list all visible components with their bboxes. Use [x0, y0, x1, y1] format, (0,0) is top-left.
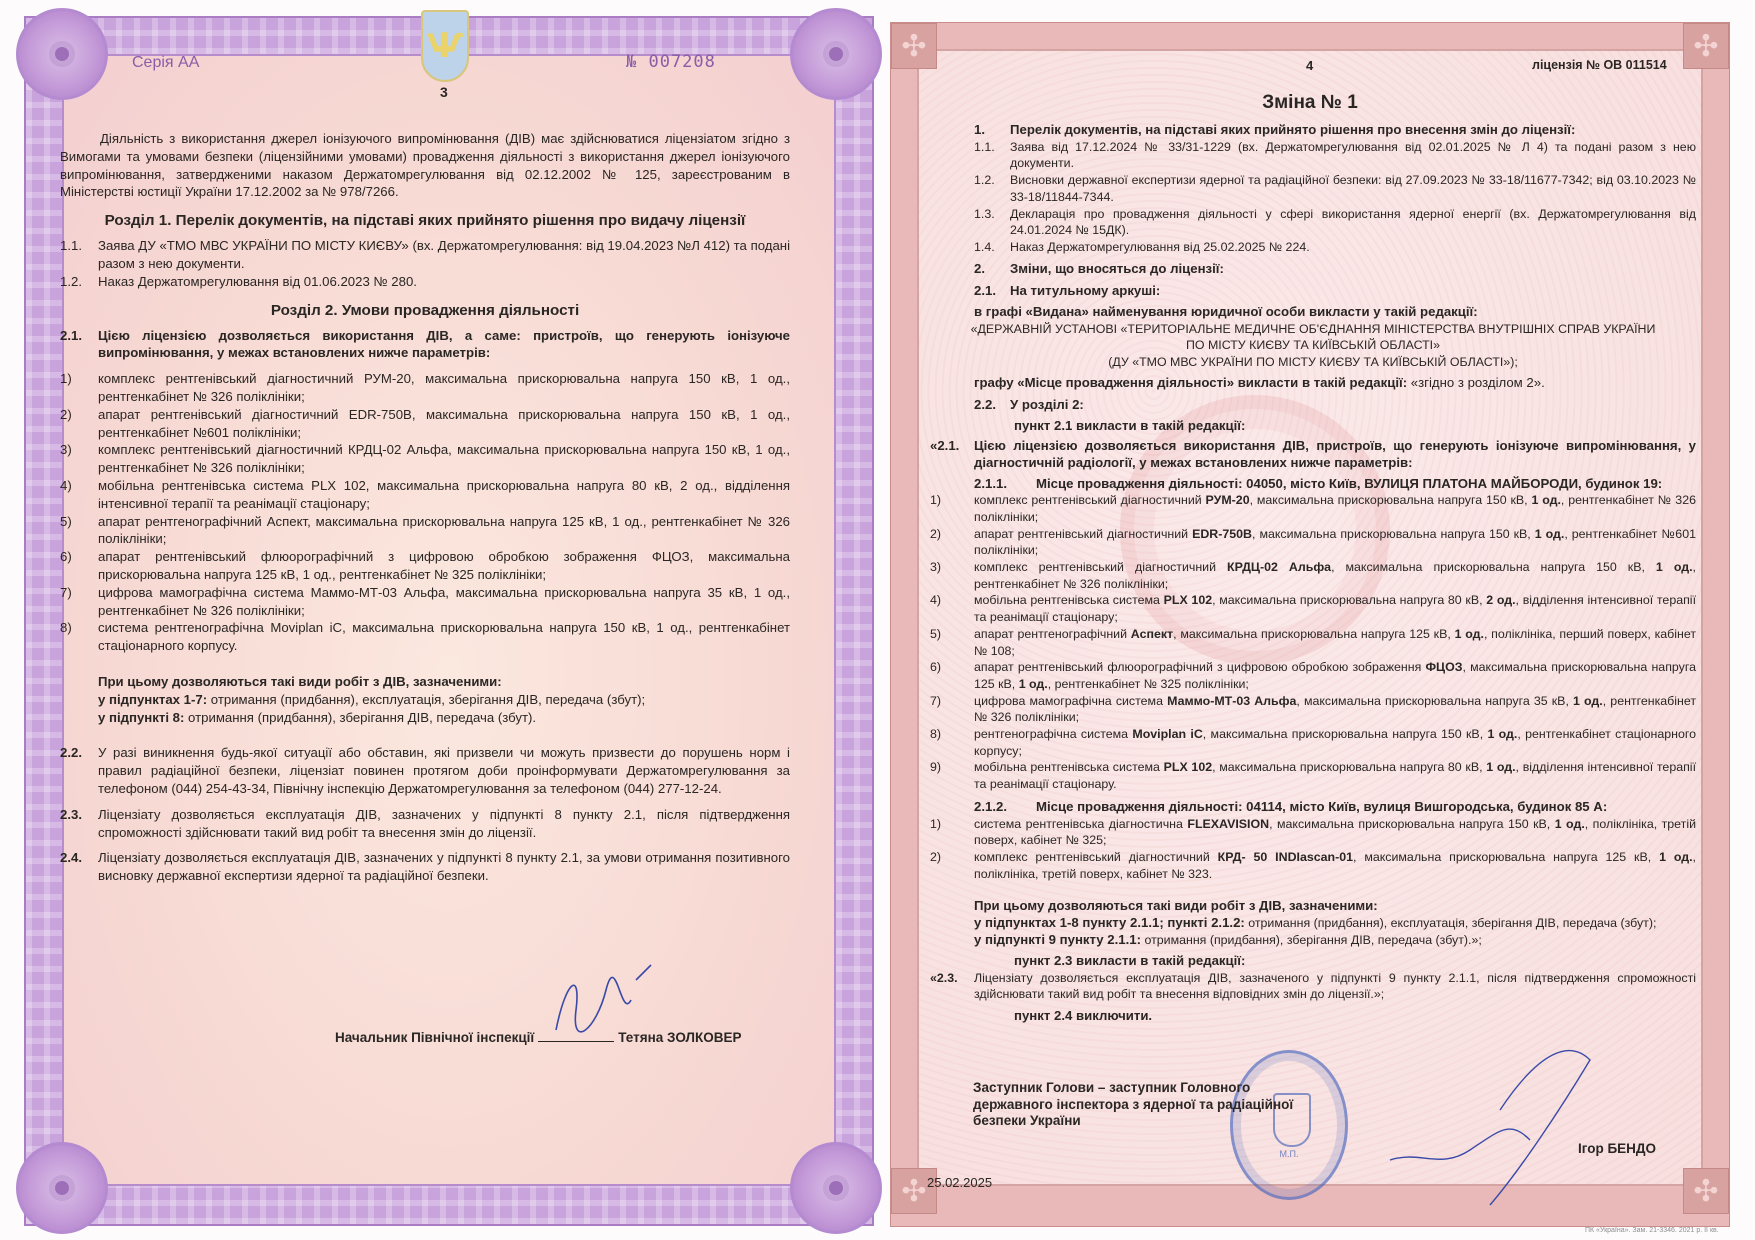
device-quantity: 1 од.: [1531, 493, 1560, 507]
device-quantity: 1 од.: [1535, 527, 1565, 541]
document-item: 1.1.Заява ДУ «ТМО МВС УКРАЇНИ ПО МІСТУ К…: [60, 237, 790, 273]
device-item: 7)цифрова мамографічна система Маммо-МТ-…: [930, 693, 1696, 726]
issued-to-line: «ДЕРЖАВНІЙ УСТАНОВІ «ТЕРИТОРІАЛЬНЕ МЕДИЧ…: [930, 321, 1696, 338]
device-quantity: 1 од.: [1555, 817, 1585, 831]
device-model: FLEXAVISION: [1187, 817, 1269, 831]
signature-zolkover: [536, 960, 656, 1040]
section-1-title: Розділ 1. Перелік документів, на підстав…: [84, 211, 766, 230]
clause-2-3-intro: пункт 2.3 викласти в такій редакції:: [1014, 952, 1696, 970]
part-1-list: 1.1.Заява від 17.12.2024 № 33/31-1229 (в…: [930, 139, 1696, 256]
clause-item: 2.2.У разі виникнення будь-якої ситуації…: [60, 744, 790, 797]
clause-2-1-new: «2.1. Цією ліцензією дозволяється викори…: [930, 438, 1696, 471]
issued-to-label: в графі «Видана» найменування юридичної …: [974, 303, 1696, 321]
device-model: Аспект: [1131, 627, 1173, 641]
atom-rosette-icon: [16, 8, 108, 100]
section-2-title: Розділ 2. Умови провадження діяльності: [84, 301, 766, 320]
device-model: ФЦОЗ: [1425, 660, 1462, 674]
device-model: Маммо-МТ-03 Альфа: [1167, 694, 1296, 708]
device-model: РУМ-20: [1206, 493, 1250, 507]
atom-rosette-icon: [790, 1142, 882, 1234]
issued-to-value: «ДЕРЖАВНІЙ УСТАНОВІ «ТЕРИТОРІАЛЬНЕ МЕДИЧ…: [930, 321, 1696, 371]
device-list: 1)комплекс рентгенівський діагностичний …: [60, 370, 790, 655]
amendment-title: Зміна № 1: [0, 92, 1755, 114]
issued-to-line: (ДУ «ТМО МВС УКРАЇНИ ПО МІСТУ КИЄВУ ТА К…: [930, 354, 1696, 371]
device-item: 4)мобільна рентгенівська система PLX 102…: [60, 477, 790, 513]
document-item: 1.1.Заява від 17.12.2024 № 33/31-1229 (в…: [974, 139, 1696, 172]
signature-bendo: [1380, 1030, 1600, 1210]
device-item: 6)апарат рентгенівський флюорографічний …: [930, 659, 1696, 692]
device-item: 9)мобільна рентгенівська система PLX 102…: [930, 759, 1696, 792]
device-item: 3)комплекс рентгенівський діагностичний …: [60, 441, 790, 477]
device-model: EDR-750B: [1192, 527, 1252, 541]
right-page-content: 1. Перелік документів, на підставі яких …: [930, 122, 1696, 1025]
device-item: 6)апарат рентгенівський флюорографічний …: [60, 548, 790, 584]
device-item: 5)апарат рентгенографічний Аспект, макси…: [930, 626, 1696, 659]
permitted-works: При цьому дозволяються такі види робіт з…: [98, 673, 790, 726]
ukraine-coat-of-arms-icon: Ѱ: [421, 10, 469, 82]
clauses-list: 2.2.У разі виникнення будь-якої ситуації…: [60, 744, 790, 885]
device-model: Moviplan iC: [1132, 727, 1202, 741]
ornament-corner-icon: [1683, 1168, 1729, 1214]
device-item: 1)комплекс рентгенівський діагностичний …: [60, 370, 790, 406]
device-item: 2)комплекс рентгенівський діагностичний …: [930, 849, 1696, 882]
section-1-list: 1.1.Заява ДУ «ТМО МВС УКРАЇНИ ПО МІСТУ К…: [60, 237, 790, 290]
device-item: 8)система рентгенографічна Moviplan iC, …: [60, 619, 790, 655]
series-label: Серія АА: [132, 54, 199, 72]
clause-2-4-note: пункт 2.4 виключити.: [1014, 1007, 1696, 1025]
device-quantity: 1 од.: [1659, 850, 1692, 864]
device-model: КРД- 50 INDIascan-01: [1218, 850, 1353, 864]
device-item: 1)комплекс рентгенівський діагностичний …: [930, 492, 1696, 525]
ornament-corner-icon: [891, 23, 937, 69]
device-item: 2)апарат рентгенівський діагностичний ED…: [930, 526, 1696, 559]
part-2-heading: 2. Зміни, що вносяться до ліцензії:: [974, 259, 1696, 278]
permitted-works: При цьому дозволяються такі види робіт з…: [930, 898, 1696, 948]
site-1-address: 2.1.1. Місце провадження діяльності: 040…: [974, 476, 1696, 493]
device-quantity: 2 од.: [1486, 593, 1515, 607]
device-quantity: 1 од.: [1573, 694, 1603, 708]
device-quantity: 1 од.: [1486, 760, 1515, 774]
right-signatory-name: Ігор БЕНДО: [1578, 1141, 1656, 1156]
device-item: 1)система рентгенівська діагностична FLE…: [930, 816, 1696, 849]
location-change: графу «Місце провадження діяльності» вик…: [974, 374, 1696, 392]
device-item: 2)апарат рентгенівський діагностичний ED…: [60, 406, 790, 442]
device-item: 5)апарат рентгенографічний Аспект, макси…: [60, 513, 790, 549]
device-model: КРДЦ-02 Альфа: [1227, 560, 1331, 574]
license-reference: ліцензія № ОВ 011514: [1532, 58, 1667, 72]
atom-rosette-icon: [16, 1142, 108, 1234]
atom-rosette-icon: [790, 8, 882, 100]
issue-date: 25.02.2025: [927, 1175, 992, 1190]
document-item: 1.4.Наказ Держатомрегулювання від 25.02.…: [974, 239, 1696, 256]
ornament-corner-icon: [1683, 23, 1729, 69]
site-2-device-list: 1)система рентгенівська діагностична FLE…: [930, 816, 1696, 883]
document-item: 1.2.Висновки державної експертизи ядерно…: [974, 172, 1696, 205]
device-item: 8)рентгенографічна система Moviplan iC, …: [930, 726, 1696, 759]
page-number: 4: [1306, 58, 1313, 73]
clause-2-1: 2.1. Цією ліцензією дозволяється викорис…: [60, 327, 790, 363]
device-item: 3)комплекс рентгенівський діагностичний …: [930, 559, 1696, 592]
device-item: 7)цифрова мамографічна система Маммо-МТ-…: [60, 584, 790, 620]
device-model: PLX 102: [1164, 760, 1212, 774]
clause-2-1-intro: пункт 2.1 викласти в такій редакції:: [1014, 417, 1696, 435]
site-2-address: 2.1.2. Місце провадження діяльності: 041…: [974, 799, 1696, 816]
document-item: 1.3.Декларація про провадження діяльност…: [974, 206, 1696, 239]
change-2-1: 2.1. На титульному аркуші:: [974, 281, 1696, 300]
right-signatory-title: Заступник Голови – заступник Головного д…: [973, 1080, 1303, 1130]
device-quantity: 1 од.: [1487, 727, 1517, 741]
clause-item: 2.4.Ліцензіату дозволяється експлуатація…: [60, 849, 790, 885]
site-1-device-list: 1)комплекс рентгенівський діагностичний …: [930, 492, 1696, 793]
left-signatory: Начальник Північної інспекціїТетяна ЗОЛК…: [335, 1030, 741, 1045]
part-1-heading: 1. Перелік документів, на підставі яких …: [974, 122, 1696, 139]
device-quantity: 1 од.: [1455, 627, 1484, 641]
device-quantity: 1 од.: [1656, 560, 1693, 574]
clause-2-3-new: «2.3. Ліцензіату дозволяється експлуатац…: [930, 970, 1696, 1003]
document-item: 1.2.Наказ Держатомрегулювання від 01.06.…: [60, 273, 790, 291]
device-item: 4)мобільна рентгенівська система PLX 102…: [930, 592, 1696, 625]
left-page-content: Діяльність з використання джерел іонізую…: [60, 130, 790, 885]
issued-to-line: ПО МІСТУ КИЄВУ ТА КИЇВСЬКІЙ ОБЛАСТІ»: [930, 337, 1696, 354]
change-2-2: 2.2. У розділі 2:: [974, 395, 1696, 414]
serial-number: № 007208: [626, 52, 716, 72]
printer-note: ПК «Україна». Зам. 21-3346. 2021 р. II к…: [1585, 1227, 1719, 1234]
device-quantity: 1 од.: [1019, 677, 1048, 691]
intro-paragraph: Діяльність з використання джерел іонізую…: [60, 130, 790, 201]
clause-item: 2.3.Ліцензіату дозволяється експлуатація…: [60, 806, 790, 842]
device-model: PLX 102: [1164, 593, 1212, 607]
